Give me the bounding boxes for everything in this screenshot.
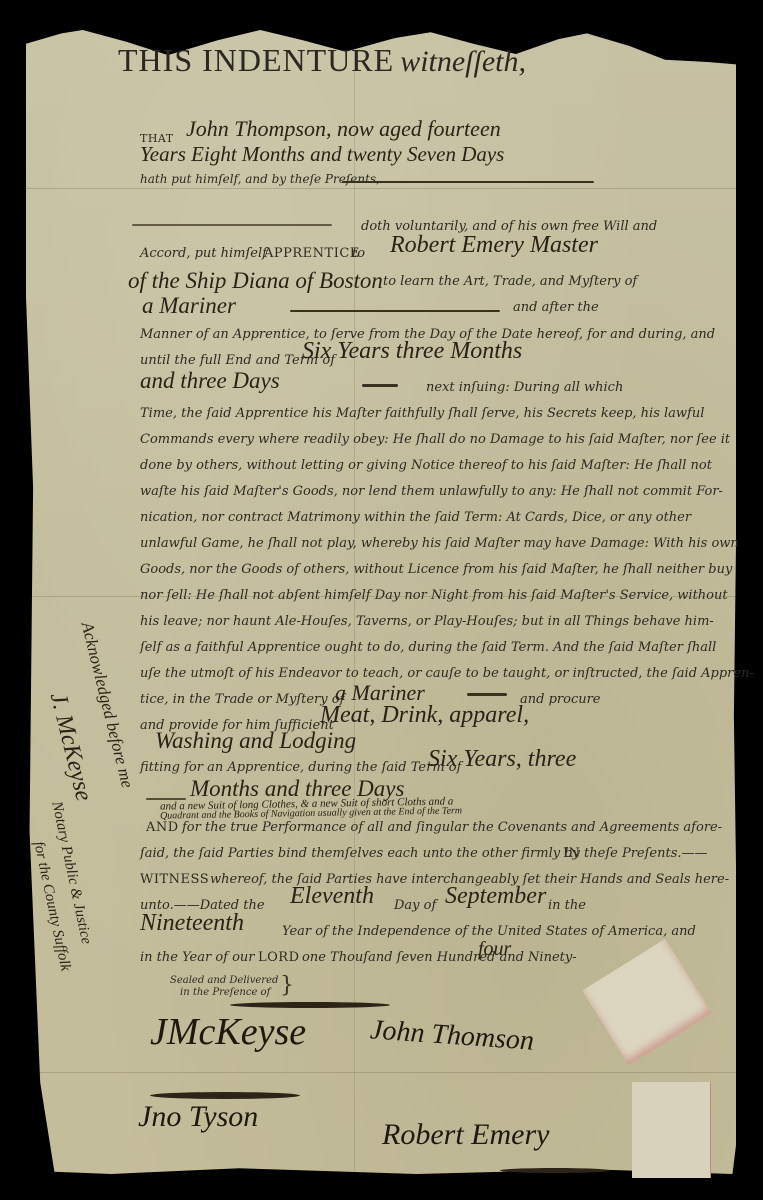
print-line: tice, in the Trade or Myſtery of	[140, 692, 344, 707]
ink-rule	[467, 693, 507, 696]
print-line: to learn the Art, Trade, and Myſtery of	[383, 274, 637, 289]
print-line: next inſuing: During all which	[426, 380, 623, 395]
print-line: and procure	[520, 692, 601, 707]
print-line: ſaid, the ſaid Parties bind themſelves e…	[140, 846, 708, 861]
signature-flourish	[150, 1092, 300, 1099]
print-caps: IN	[563, 846, 581, 861]
print-line: Day of	[394, 898, 436, 913]
print-line: unlawful Game, he ſhall not play, whereb…	[140, 536, 739, 551]
print-line: one Thouſand ſeven Hundred and Ninety-	[302, 950, 577, 965]
handwritten-term: Six Years three Months	[302, 338, 522, 365]
wafer-seal	[632, 1082, 711, 1178]
print-line: Time, the ſaid Apprentice his Maſter fai…	[140, 406, 704, 421]
print-line: fitting for an Apprentice, during the ſa…	[140, 760, 461, 775]
ink-rule	[290, 310, 500, 312]
signature-master: Robert Emery	[382, 1118, 549, 1152]
print-caps: WITNESS	[140, 872, 209, 887]
ink-rule	[132, 224, 332, 226]
signature-witness-2: Jno Tyson	[138, 1100, 258, 1134]
handwritten-year: four	[478, 938, 511, 961]
print-line: hath put himſelf, and by theſe Preſents,	[140, 172, 380, 186]
signature-witness-1: JMcKeyse	[150, 1010, 306, 1054]
handwritten-trade: a Mariner	[142, 293, 236, 319]
handwritten-provisions-2: Washing and Lodging	[155, 728, 356, 754]
brace: }	[280, 973, 294, 998]
handwritten-term-2: Six Years, three	[428, 746, 576, 773]
ink-rule	[362, 384, 398, 387]
sealed-label: Sealed and Delivered	[170, 975, 278, 986]
handwritten-term-days: and three Days	[140, 368, 280, 394]
ink-rule	[342, 181, 594, 183]
fold-line	[26, 1072, 736, 1073]
signature-flourish	[230, 1002, 390, 1008]
print-line: Commands every where readily obey: He ſh…	[140, 432, 730, 447]
handwritten-day: Eleventh	[290, 883, 374, 910]
fold-line	[26, 188, 736, 189]
print-caps: APPRENTICE	[264, 246, 360, 261]
document-title: THIS INDENTUREwitneſſeth,	[118, 42, 526, 79]
print-line: Year of the Independence of the United S…	[282, 924, 696, 939]
print-line: in the	[548, 898, 586, 913]
print-line: for the true Performance of all and ſing…	[182, 820, 722, 835]
sealed-label: in the Preſence of	[180, 987, 270, 998]
print-line: nication, nor contract Matrimony within …	[140, 510, 691, 525]
print-line: and after the	[513, 300, 599, 315]
title-italic: witneſſeth,	[400, 45, 526, 78]
handwritten-ship: of the Ship Diana of Boston	[128, 268, 383, 294]
print-line: nor ſell: He ſhall not abſent himſelf Da…	[140, 588, 728, 603]
print-line: done by others, without letting or givin…	[140, 458, 712, 473]
print-line: in the Year of our	[140, 950, 255, 965]
handwritten-provisions: Meat, Drink, apparel,	[320, 702, 529, 729]
handwritten-apprentice-name: John Thompson, now aged fourteen	[186, 116, 501, 142]
handwritten-age: Years Eight Months and twenty Seven Days	[140, 142, 504, 167]
handwritten-month: September	[445, 883, 546, 910]
print-line: to	[352, 246, 365, 261]
print-line: Accord, put himſelf	[140, 246, 267, 261]
print-line: uſe the utmoſt of his Endeavor to teach,…	[140, 666, 754, 681]
print-caps: LORD	[258, 950, 300, 965]
print-line: waſte his ſaid Maſter's Goods, nor lend …	[140, 484, 723, 499]
print-caps: AND	[146, 820, 179, 835]
handwritten-year-independence: Nineteenth	[140, 910, 244, 937]
title-caps: THIS INDENTURE	[118, 42, 394, 78]
handwritten-master-name: Robert Emery Master	[390, 232, 598, 259]
print-line: ſelf as a faithful Apprentice ought to d…	[140, 640, 716, 655]
signature-flourish	[500, 1168, 610, 1173]
print-line: Goods, nor the Goods of others, without …	[140, 562, 732, 577]
print-line: his leave; nor haunt Ale-Houſes, Taverns…	[140, 614, 714, 629]
